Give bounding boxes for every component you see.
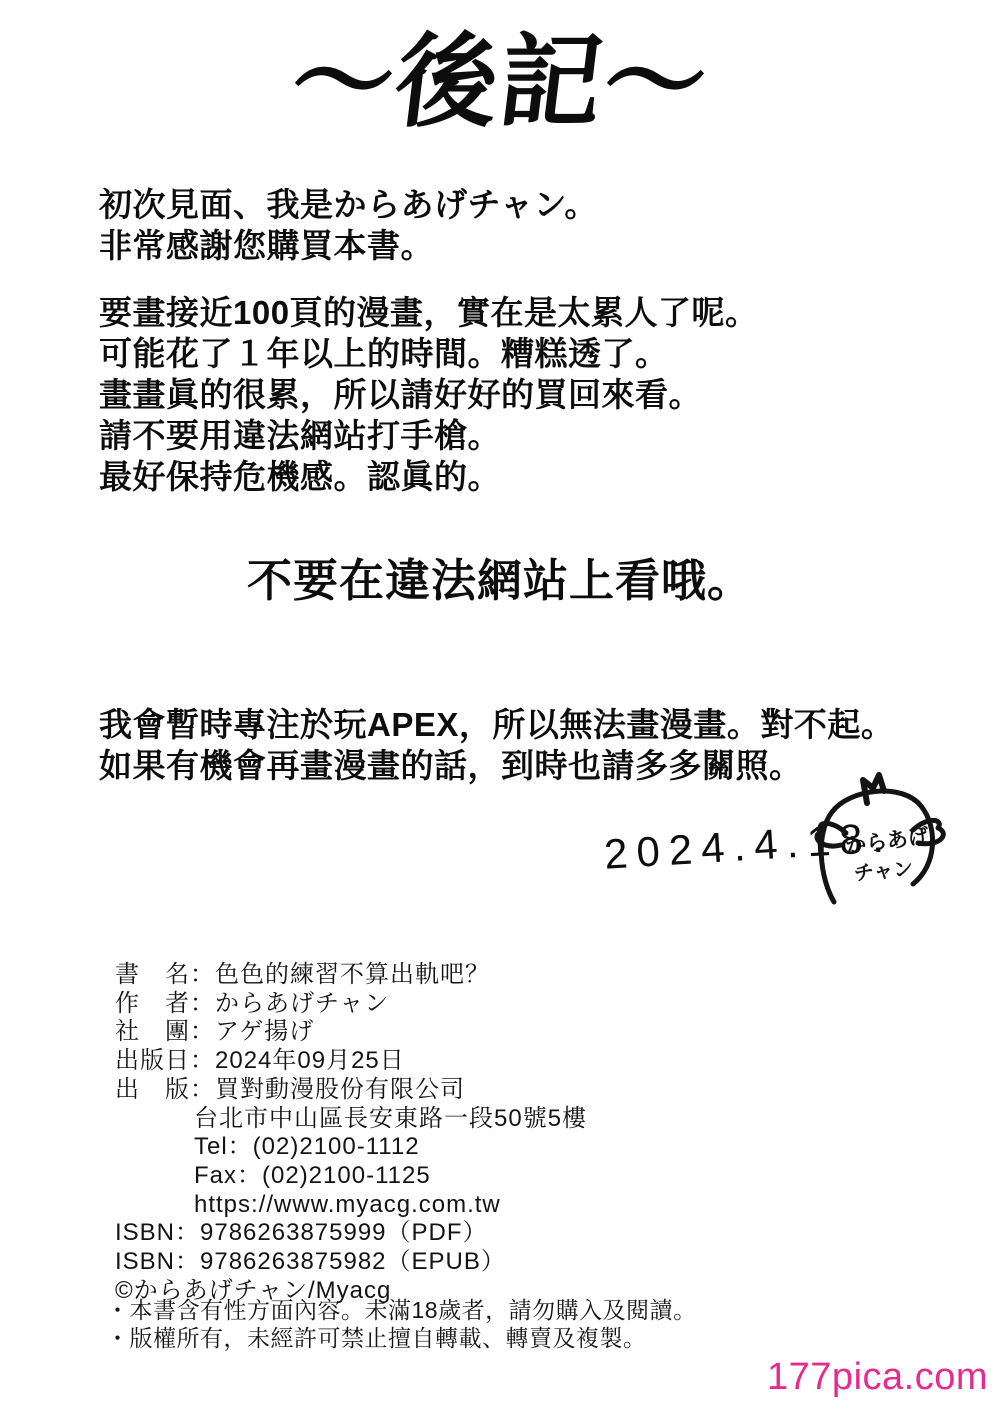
text-line: 請不要用違法網站打手槍。 bbox=[99, 415, 759, 456]
body-paragraph: 要畫接近100頁的漫畫，實在是太累人了呢。 可能花了１年以上的時間。糟糕透了。 … bbox=[99, 292, 759, 497]
colophon-book-title: 書 名：色色的練習不算出軌吧？ bbox=[115, 961, 587, 990]
colophon-tel: Tel：(02)2100-1112 bbox=[115, 1133, 587, 1162]
doodle-crest bbox=[863, 775, 884, 803]
colophon-publisher: 出 版：買對動漫股份有限公司 bbox=[115, 1076, 587, 1105]
doodle-name-line2: チャン bbox=[853, 858, 914, 885]
afterword-page: ～後記～ 初次見面、我是からあげチャン。 非常感謝您購買本書。 要畫接近100頁… bbox=[0, 0, 1000, 1411]
text-line: 要畫接近100頁的漫畫，實在是太累人了呢。 bbox=[99, 292, 759, 333]
colophon-fax: Fax：(02)2100-1125 bbox=[115, 1162, 587, 1191]
text-line: 我會暫時專注於玩APEX，所以無法畫漫畫。對不起。 bbox=[99, 704, 894, 745]
colophon-publisher-address: 台北市中山區長安東路一段50號5樓 bbox=[115, 1105, 587, 1134]
notice-copyright: ・版權所有，未經許可禁止擅自轉載、轉賣及複製。 bbox=[106, 1324, 697, 1352]
doodle-name-line1: からあげ bbox=[844, 825, 931, 858]
notice-adult-content: ・本書含有性方面內容。未滿18歲者，請勿購入及閱讀。 bbox=[106, 1296, 697, 1324]
colophon-publish-date: 出版日：2024年09月25日 bbox=[115, 1047, 587, 1076]
text-line: 最好保持危機感。認眞的。 bbox=[99, 456, 759, 497]
karaage-chan-mascot-doodle-icon: からあげ チャン bbox=[808, 772, 952, 908]
watermark: 177pica.com bbox=[767, 1356, 988, 1399]
colophon-circle: 社 團：アゲ揚げ bbox=[115, 1018, 587, 1047]
text-line: 可能花了１年以上的時間。糟糕透了。 bbox=[99, 333, 759, 374]
colophon: 書 名：色色的練習不算出軌吧？ 作 者：からあげチャン 社 團：アゲ揚げ 出版日… bbox=[115, 961, 587, 1305]
closing-paragraph: 我會暫時專注於玩APEX，所以無法畫漫畫。對不起。 如果有機會再畫漫畫的話，到時… bbox=[99, 704, 894, 786]
intro-paragraph: 初次見面、我是からあげチャン。 非常感謝您購買本書。 bbox=[99, 184, 598, 266]
legal-notices: ・本書含有性方面內容。未滿18歲者，請勿購入及閱讀。 ・版權所有，未經許可禁止擅… bbox=[106, 1296, 697, 1352]
text-line: 非常感謝您購買本書。 bbox=[99, 225, 598, 266]
text-line: 初次見面、我是からあげチャン。 bbox=[99, 184, 598, 225]
colophon-isbn-epub: ISBN：9786263875982（EPUB） bbox=[115, 1248, 587, 1277]
colophon-isbn-pdf: ISBN：9786263875999（PDF） bbox=[115, 1219, 587, 1248]
colophon-author: 作 者：からあげチャン bbox=[115, 990, 587, 1019]
colophon-website-url: https://www.myacg.com.tw bbox=[115, 1191, 587, 1220]
page-title: ～後記～ bbox=[0, 24, 1000, 141]
highlight-message: 不要在違法網站上看哦。 bbox=[0, 544, 1000, 609]
text-line: 畫畫眞的很累，所以請好好的買回來看。 bbox=[99, 374, 759, 415]
text-line: 如果有機會再畫漫畫的話，到時也請多多關照。 bbox=[99, 745, 894, 786]
